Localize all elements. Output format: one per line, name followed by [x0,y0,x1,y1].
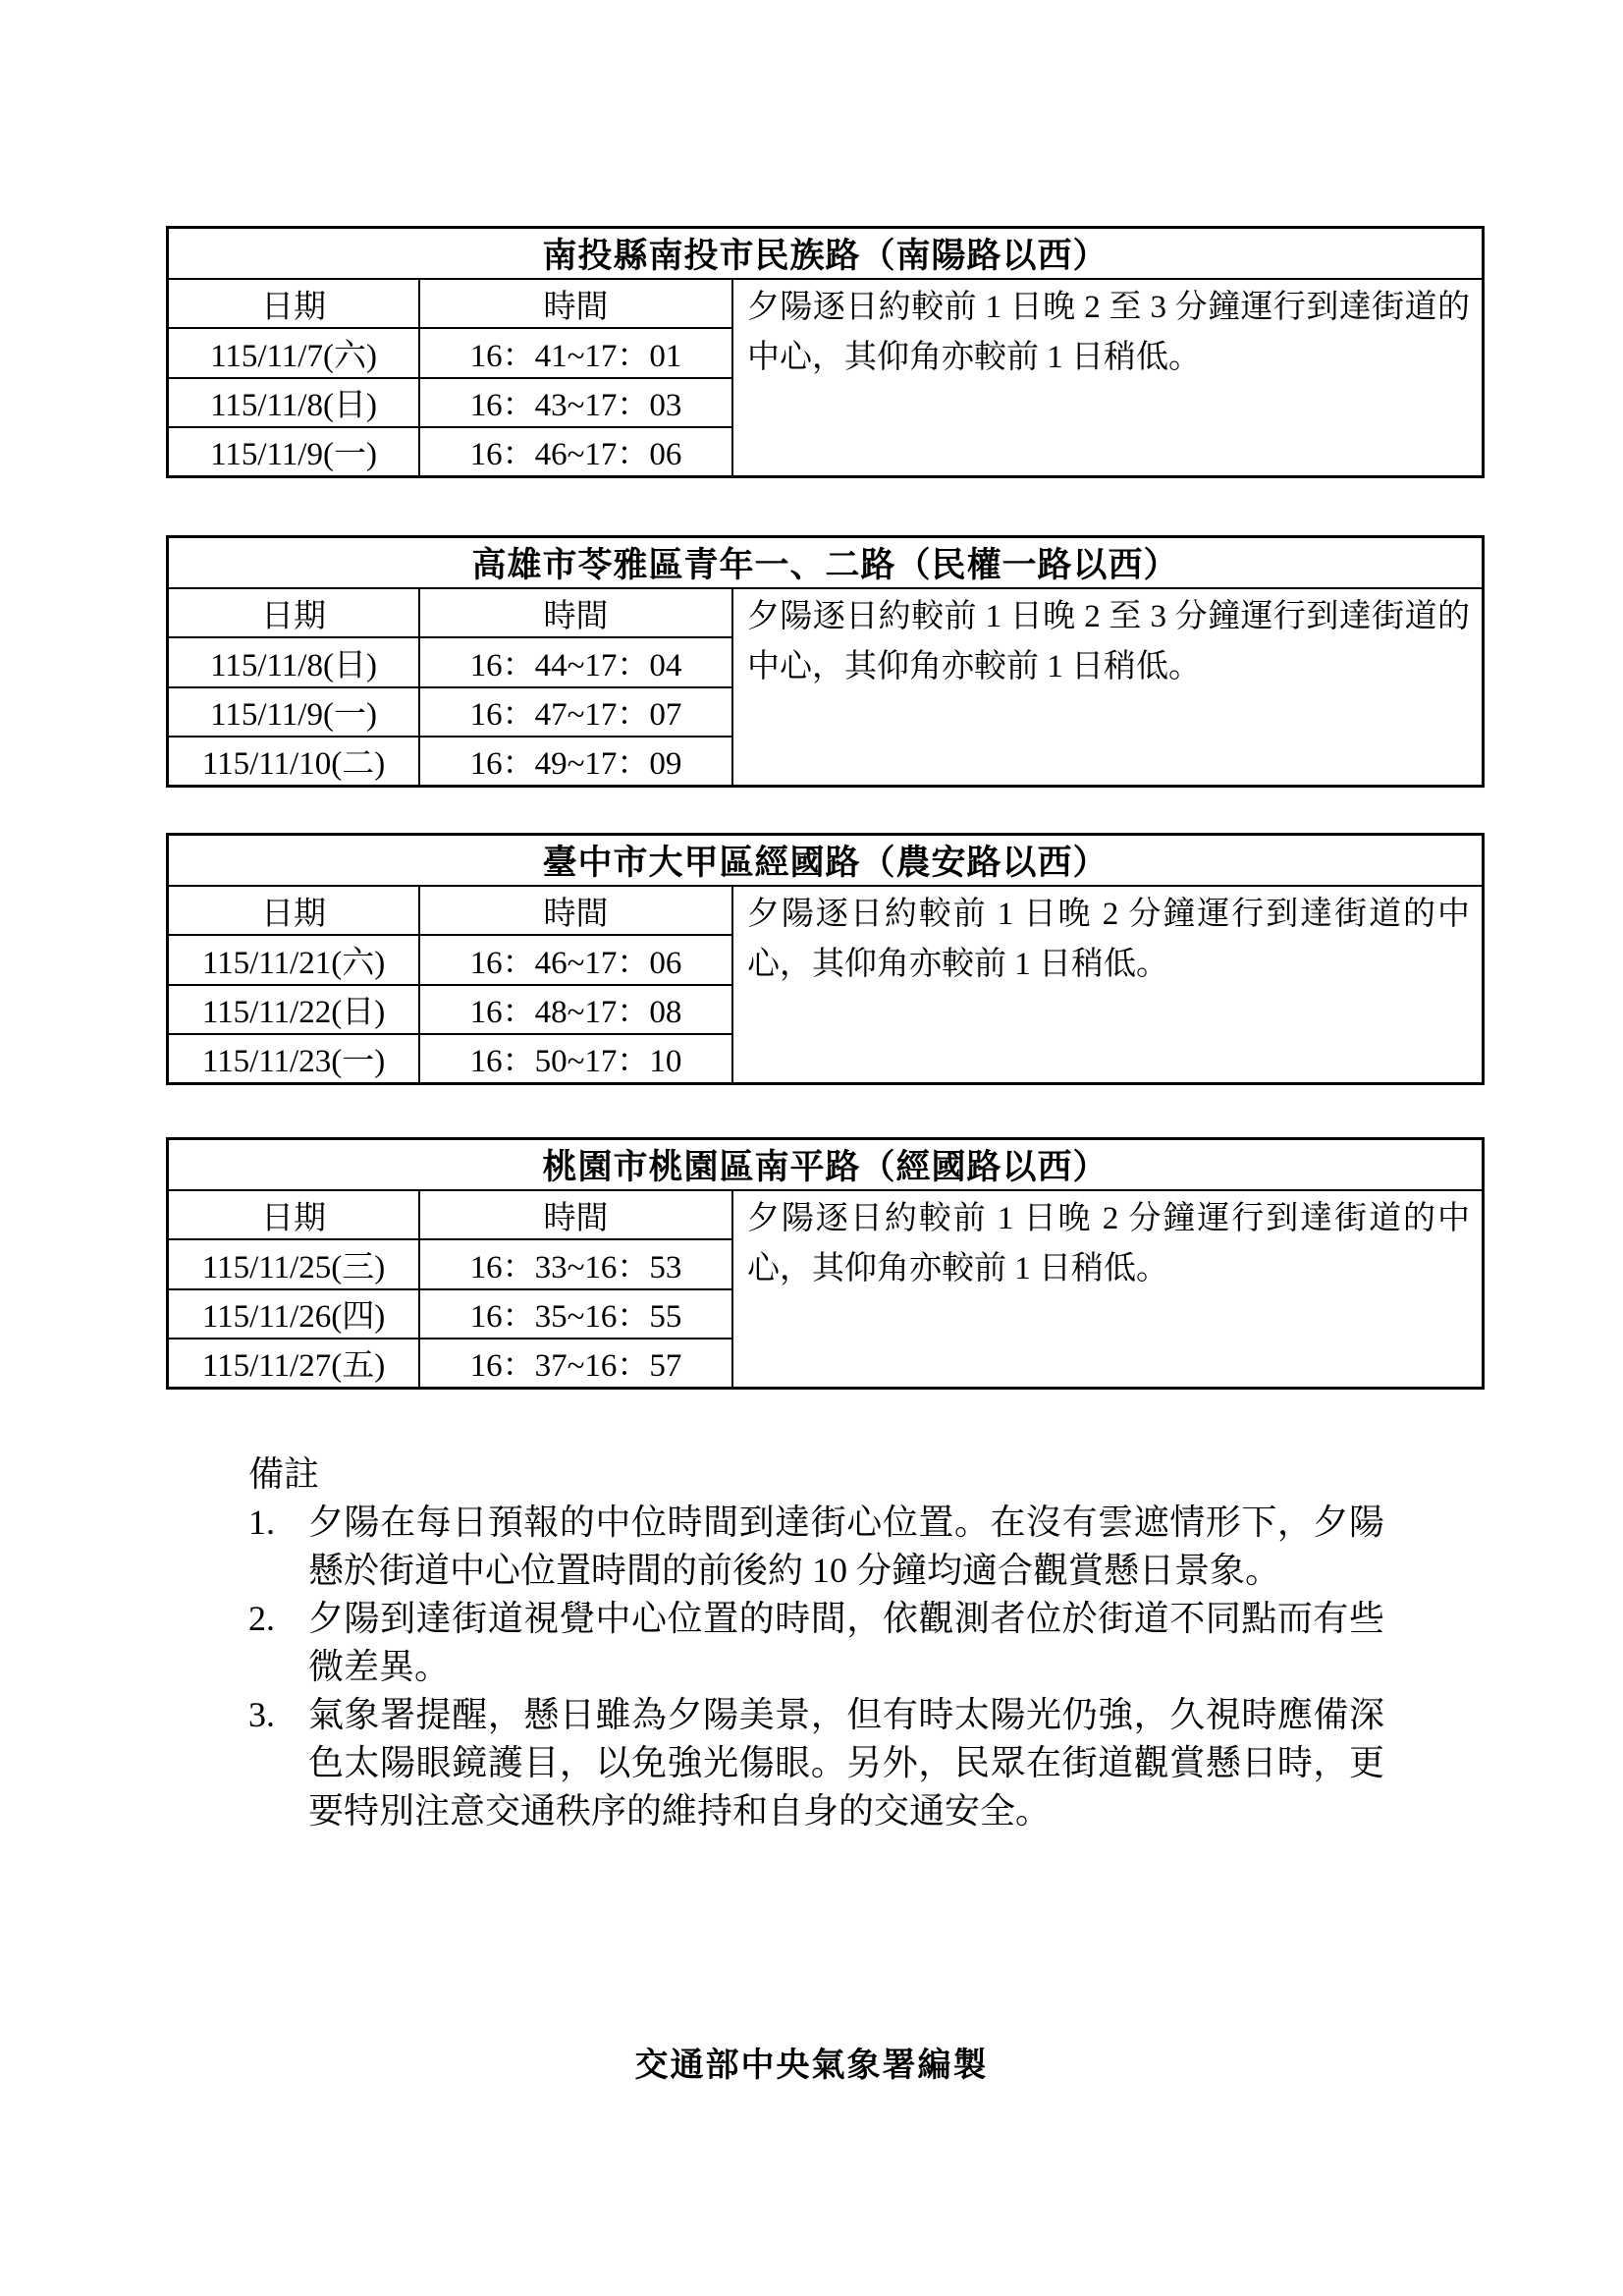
date-column-header: 日期 [169,887,420,934]
time-cell: 16：49~17：09 [420,738,731,785]
table-row: 115/11/9(一) 16：47~17：07 [169,688,731,738]
time-cell: 16：46~17：06 [420,428,731,475]
table-row: 115/11/23(一) 16：50~17：10 [169,1035,731,1082]
table-row: 115/11/10(二) 16：49~17：09 [169,738,731,785]
date-cell: 115/11/7(六) [169,329,420,376]
time-column-header: 時間 [420,1191,731,1238]
footer-credit: 交通部中央氣象署編製 [0,2038,1623,2086]
table-header-row: 日期 時間 [169,280,731,329]
table-body: 日期 時間 115/11/8(日) 16：44~17：04 115/11/9(一… [169,589,1482,785]
note-number: 1. [248,1499,308,1547]
table-date-time-columns: 日期 時間 115/11/21(六) 16：46~17：06 115/11/22… [169,887,731,1082]
date-cell: 115/11/23(一) [169,1035,420,1082]
time-cell: 16：47~17：07 [420,688,731,736]
note-item: 2. 夕陽到達街道視覺中心位置的時間，依觀測者位於街道不同點而有些微差異。 [248,1595,1397,1691]
time-cell: 16：50~17：10 [420,1035,731,1082]
table-description: 夕陽逐日約較前 1 日晚 2 分鐘運行到達街道的中心，其仰角亦較前 1 日稍低。 [731,1191,1482,1387]
table-description: 夕陽逐日約較前 1 日晚 2 分鐘運行到達街道的中心，其仰角亦較前 1 日稍低。 [731,887,1482,1082]
table-title: 臺中市大甲區經國路（農安路以西） [169,836,1482,887]
time-cell: 16：33~16：53 [420,1240,731,1287]
date-cell: 115/11/21(六) [169,936,420,983]
table-body: 日期 時間 115/11/25(三) 16：33~16：53 115/11/26… [169,1191,1482,1387]
time-cell: 16：46~17：06 [420,936,731,983]
table-header-row: 日期 時間 [169,887,731,936]
table-title: 桃園市桃園區南平路（經國路以西） [169,1140,1482,1191]
sunset-table-taichung: 臺中市大甲區經國路（農安路以西） 日期 時間 115/11/21(六) 16：4… [166,833,1485,1085]
table-row: 115/11/27(五) 16：37~16：57 [169,1339,731,1387]
date-cell: 115/11/22(日) [169,986,420,1033]
date-cell: 115/11/9(一) [169,428,420,475]
date-cell: 115/11/27(五) [169,1339,420,1387]
table-row: 115/11/22(日) 16：48~17：08 [169,986,731,1035]
table-row: 115/11/21(六) 16：46~17：06 [169,936,731,985]
date-column-header: 日期 [169,589,420,636]
time-cell: 16：48~17：08 [420,986,731,1033]
note-text: 氣象署提醒，懸日雖為夕陽美景，但有時太陽光仍強，久視時應備深色太陽眼鏡護目，以免… [308,1691,1384,1835]
notes-section: 備註 1. 夕陽在每日預報的中位時間到達街心位置。在沒有雲遮情形下，夕陽懸於街道… [248,1450,1397,1835]
date-column-header: 日期 [169,280,420,327]
sunset-table-taoyuan: 桃園市桃園區南平路（經國路以西） 日期 時間 115/11/25(三) 16：3… [166,1137,1485,1390]
table-description: 夕陽逐日約較前 1 日晚 2 至 3 分鐘運行到達街道的中心，其仰角亦較前 1 … [731,589,1482,785]
note-text: 夕陽在每日預報的中位時間到達街心位置。在沒有雲遮情形下，夕陽懸於街道中心位置時間… [308,1499,1384,1595]
table-header-row: 日期 時間 [169,589,731,638]
time-cell: 16：41~17：01 [420,329,731,376]
time-cell: 16：35~16：55 [420,1290,731,1338]
table-date-time-columns: 日期 時間 115/11/8(日) 16：44~17：04 115/11/9(一… [169,589,731,785]
table-row: 115/11/7(六) 16：41~17：01 [169,329,731,378]
time-column-header: 時間 [420,589,731,636]
table-row: 115/11/8(日) 16：44~17：04 [169,638,731,687]
time-column-header: 時間 [420,887,731,934]
date-cell: 115/11/25(三) [169,1240,420,1287]
time-cell: 16：44~17：04 [420,638,731,685]
sunset-table-nantou: 南投縣南投市民族路（南陽路以西） 日期 時間 115/11/7(六) 16：41… [166,226,1485,478]
date-cell: 115/11/9(一) [169,688,420,736]
table-title: 南投縣南投市民族路（南陽路以西） [169,229,1482,280]
table-body: 日期 時間 115/11/21(六) 16：46~17：06 115/11/22… [169,887,1482,1082]
notes-heading: 備註 [248,1450,1397,1499]
table-title: 高雄市苓雅區青年一、二路（民權一路以西） [169,538,1482,589]
time-column-header: 時間 [420,280,731,327]
note-item: 3. 氣象署提醒，懸日雖為夕陽美景，但有時太陽光仍強，久視時應備深色太陽眼鏡護目… [248,1691,1397,1835]
sunset-table-kaohsiung: 高雄市苓雅區青年一、二路（民權一路以西） 日期 時間 115/11/8(日) 1… [166,535,1485,788]
document-page: 南投縣南投市民族路（南陽路以西） 日期 時間 115/11/7(六) 16：41… [0,0,1623,2296]
table-date-time-columns: 日期 時間 115/11/7(六) 16：41~17：01 115/11/8(日… [169,280,731,475]
table-row: 115/11/8(日) 16：43~17：03 [169,379,731,428]
date-cell: 115/11/10(二) [169,738,420,785]
date-cell: 115/11/8(日) [169,638,420,685]
date-column-header: 日期 [169,1191,420,1238]
note-number: 2. [248,1595,308,1643]
time-cell: 16：37~16：57 [420,1339,731,1387]
table-row: 115/11/25(三) 16：33~16：53 [169,1240,731,1289]
date-cell: 115/11/8(日) [169,379,420,426]
date-cell: 115/11/26(四) [169,1290,420,1338]
note-item: 1. 夕陽在每日預報的中位時間到達街心位置。在沒有雲遮情形下，夕陽懸於街道中心位… [248,1499,1397,1595]
table-description: 夕陽逐日約較前 1 日晚 2 至 3 分鐘運行到達街道的中心，其仰角亦較前 1 … [731,280,1482,475]
table-body: 日期 時間 115/11/7(六) 16：41~17：01 115/11/8(日… [169,280,1482,475]
table-date-time-columns: 日期 時間 115/11/25(三) 16：33~16：53 115/11/26… [169,1191,731,1387]
time-cell: 16：43~17：03 [420,379,731,426]
table-row: 115/11/26(四) 16：35~16：55 [169,1290,731,1339]
table-row: 115/11/9(一) 16：46~17：06 [169,428,731,475]
note-text: 夕陽到達街道視覺中心位置的時間，依觀測者位於街道不同點而有些微差異。 [308,1595,1384,1691]
table-header-row: 日期 時間 [169,1191,731,1240]
note-number: 3. [248,1691,308,1739]
